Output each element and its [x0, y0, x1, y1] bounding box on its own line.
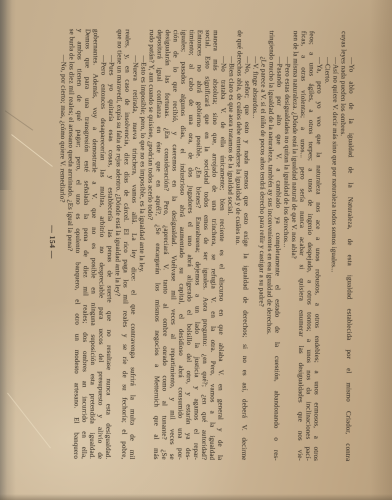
page-edge-shadow-bottom [0, 494, 392, 500]
page-edge-shadow-right [370, 0, 392, 500]
page-number: — 154 — [47, 219, 57, 265]
rotated-text-block: —Yo ablo de la igualdad de la Naturaleza… [55, 29, 355, 462]
page-edge-shadow-left-top [0, 0, 12, 190]
scanned-book-page: —Yo ablo de la igualdad de la Naturaleza… [0, 0, 392, 500]
page-number-label: — 154 — [48, 225, 57, 259]
